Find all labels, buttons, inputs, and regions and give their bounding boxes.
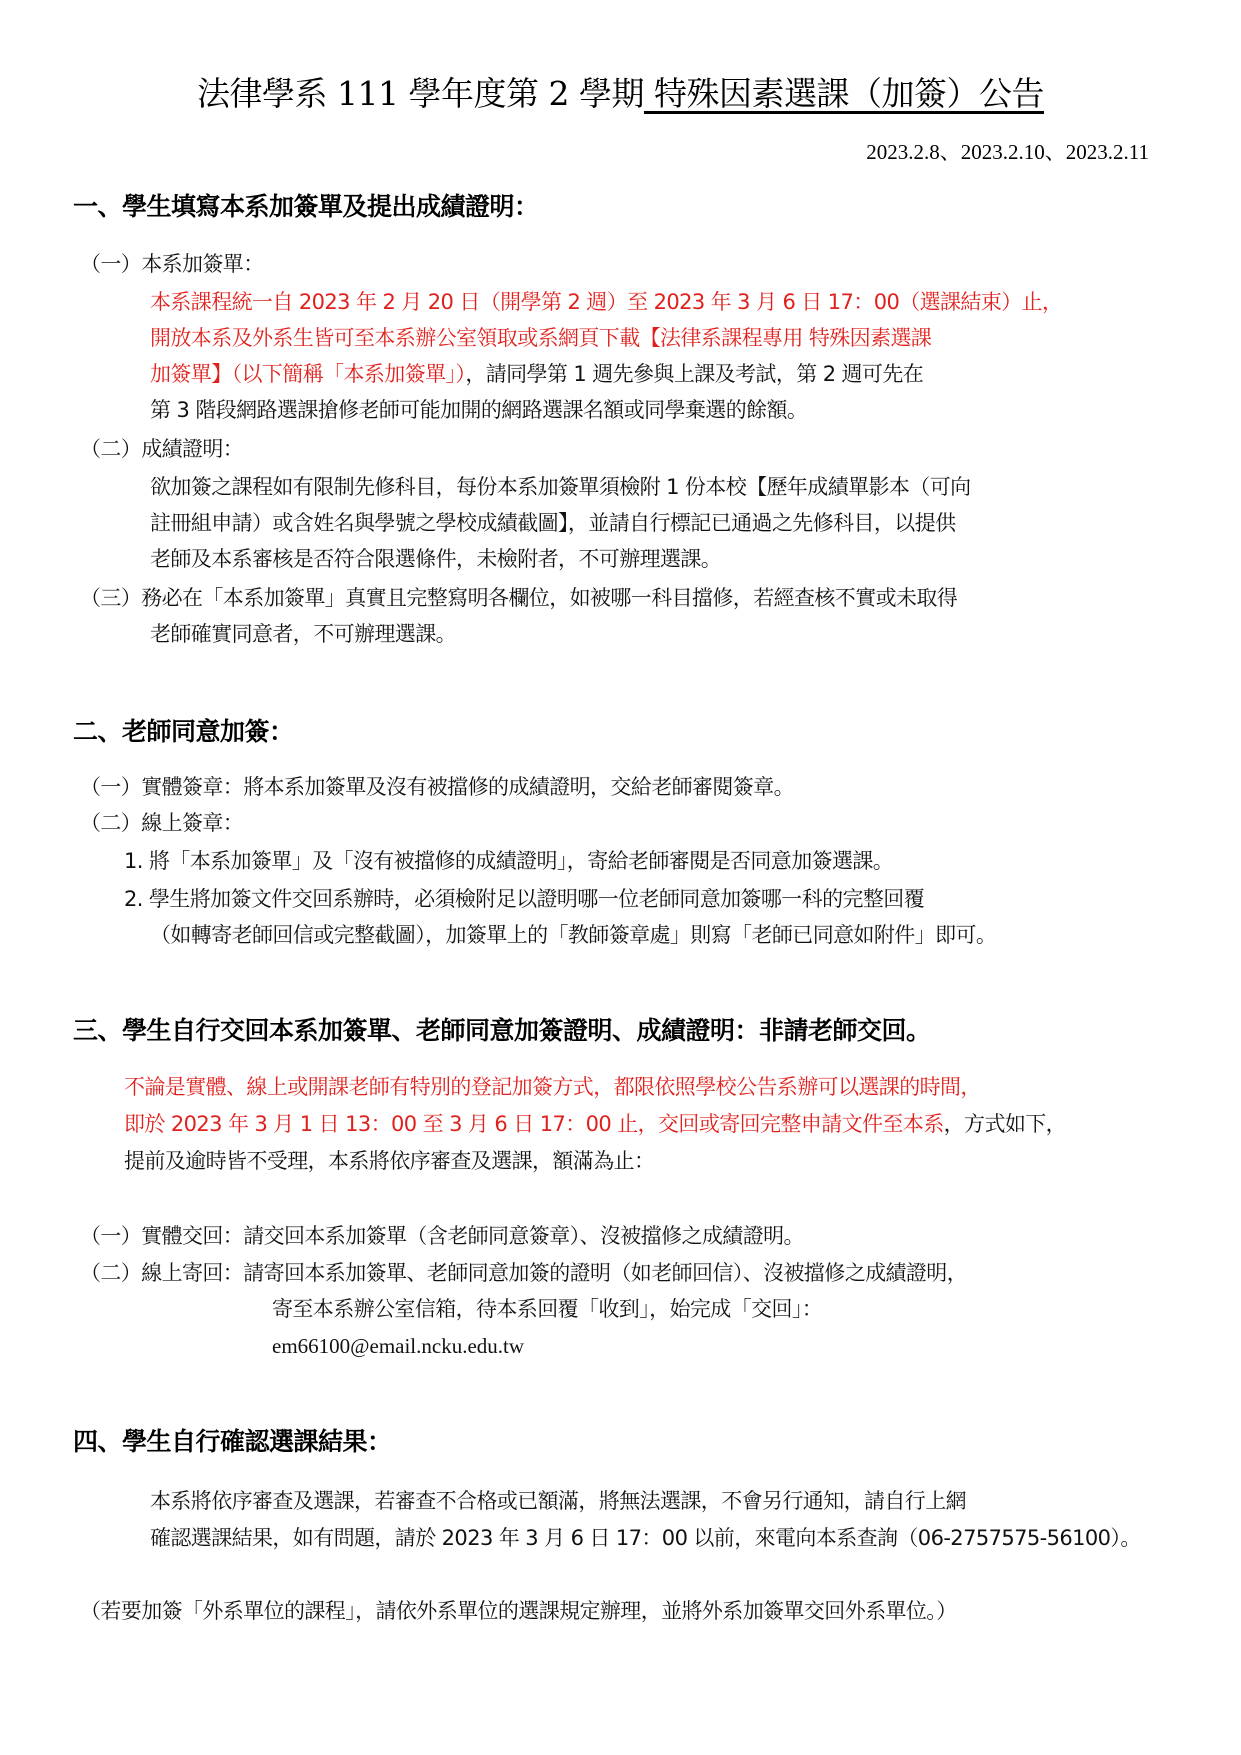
s1-item2-label: （二）成績證明： (80, 434, 243, 464)
s3-item2-line1: （二）線上寄回：請寄回本系加簽單、老師同意加簽的證明（如老師回信）、沒被擋修之成… (80, 1258, 967, 1288)
s3-para-line2: 即於 2023 年 3 月 1 日 13：00 至 3 月 6 日 17：00 … (124, 1109, 1066, 1139)
announcement-page: 法律學系 111 學年度第 2 學期 特殊因素選課（加簽）公告 2023.2.8… (0, 0, 1241, 1755)
s3-para-line1: 不論是實體、線上或開課老師有特別的登記加簽方式，都限依照學校公告系辦可以選課的時… (124, 1072, 981, 1102)
s1-item1-line3: 加簽單】（以下簡稱「本系加簽單」），請同學第 1 週先參與上課及考試，第 2 週… (150, 359, 923, 389)
s1-item1-line3-black: ，請同學第 1 週先參與上課及考試，第 2 週可先在 (465, 362, 923, 386)
s1-item1-line4: 第 3 階段網路選課搶修老師可能加開的網路選課名額或同學棄選的餘額。 (150, 395, 807, 425)
s2-step2-line2: （如轉寄老師回信或完整截圖），加簽單上的「教師簽章處」則寫「老師已同意如附件」即… (150, 920, 996, 950)
s1-item1-line3-red: 加簽單】（以下簡稱「本系加簽單」） (150, 362, 465, 386)
section3-heading: 三、學生自行交回本系加簽單、老師同意加簽證明、成績證明：非請老師交回。 (73, 1014, 931, 1048)
s1-item1-label: （一）本系加簽單： (80, 249, 264, 279)
s3-para-line3: 提前及逾時皆不受理，本系將依序審查及選課，額滿為止： (124, 1146, 654, 1176)
s2-item2-label: （二）線上簽章： (80, 808, 243, 838)
announcement-dates: 2023.2.8、2023.2.10、2023.2.11 (866, 138, 1149, 166)
s4-line2: 確認選課結果，如有問題，請於 2023 年 3 月 6 日 17：00 以前，來… (150, 1523, 1141, 1553)
s2-step1: 1. 將「本系加簽單」及「沒有被擋修的成績證明」，寄給老師審閱是否同意加簽選課。 (124, 846, 893, 876)
page-title: 法律學系 111 學年度第 2 學期 特殊因素選課（加簽）公告 (0, 72, 1241, 116)
s2-step2-line1: 2. 學生將加簽文件交回系辦時，必須檢附足以證明哪一位老師同意加簽哪一科的完整回… (124, 884, 924, 914)
s3-item1: （一）實體交回：請交回本系加簽單（含老師同意簽章）、沒被擋修之成績證明。 (80, 1221, 804, 1251)
office-email[interactable]: em66100@email.ncku.edu.tw (272, 1331, 524, 1361)
title-main: 法律學系 111 學年度第 2 學期 (197, 74, 644, 113)
s1-item2-line3: 老師及本系審核是否符合限選條件，未檢附者，不可辦理選課。 (150, 544, 721, 574)
s1-item1-line1: 本系課程統一自 2023 年 2 月 20 日（開學第 2 週）至 2023 年… (150, 287, 1062, 317)
s1-item1-line2: 開放本系及外系生皆可至本系辦公室領取或系網頁下載【法律系課程專用 特殊因素選課 (150, 323, 931, 353)
s3-item2-line2: 寄至本系辦公室信箱，待本系回覆「收到」，始完成「交回」： (272, 1294, 822, 1324)
title-underlined: 特殊因素選課（加簽）公告 (644, 74, 1044, 113)
s1-item3-line1: （三）務必在「本系加簽單」真實且完整寫明各欄位，如被哪一科目擋修，若經查核不實或… (80, 583, 957, 613)
s3-para-line2-red: 即於 2023 年 3 月 1 日 13：00 至 3 月 6 日 17：00 … (124, 1112, 944, 1136)
s2-item1: （一）實體簽章：將本系加簽單及沒有被擋修的成績證明，交給老師審閱簽章。 (80, 772, 794, 802)
footnote: （若要加簽「外系單位的課程」，請依外系單位的選課規定辦理，並將外系加簽單交回外系… (80, 1596, 957, 1626)
s4-line1: 本系將依序審查及選課，若審查不合格或已額滿，將無法選課，不會另行通知，請自行上網 (150, 1486, 966, 1516)
s1-item2-line1: 欲加簽之課程如有限制先修科目，每份本系加簽單須檢附 1 份本校【歷年成績單影本（… (150, 472, 971, 502)
section4-heading: 四、學生自行確認選課結果： (73, 1425, 392, 1459)
s1-item3-line2: 老師確實同意者，不可辦理選課。 (150, 619, 456, 649)
section2-heading: 二、老師同意加簽： (73, 715, 294, 749)
section1-heading: 一、學生填寫本系加簽單及提出成績證明： (73, 190, 539, 224)
s3-para-line2-black: ，方式如下， (944, 1112, 1066, 1136)
s1-item2-line2: 註冊組申請）或含姓名與學號之學校成績截圖】，並請自行標記已通過之先修科目，以提供 (150, 508, 956, 538)
